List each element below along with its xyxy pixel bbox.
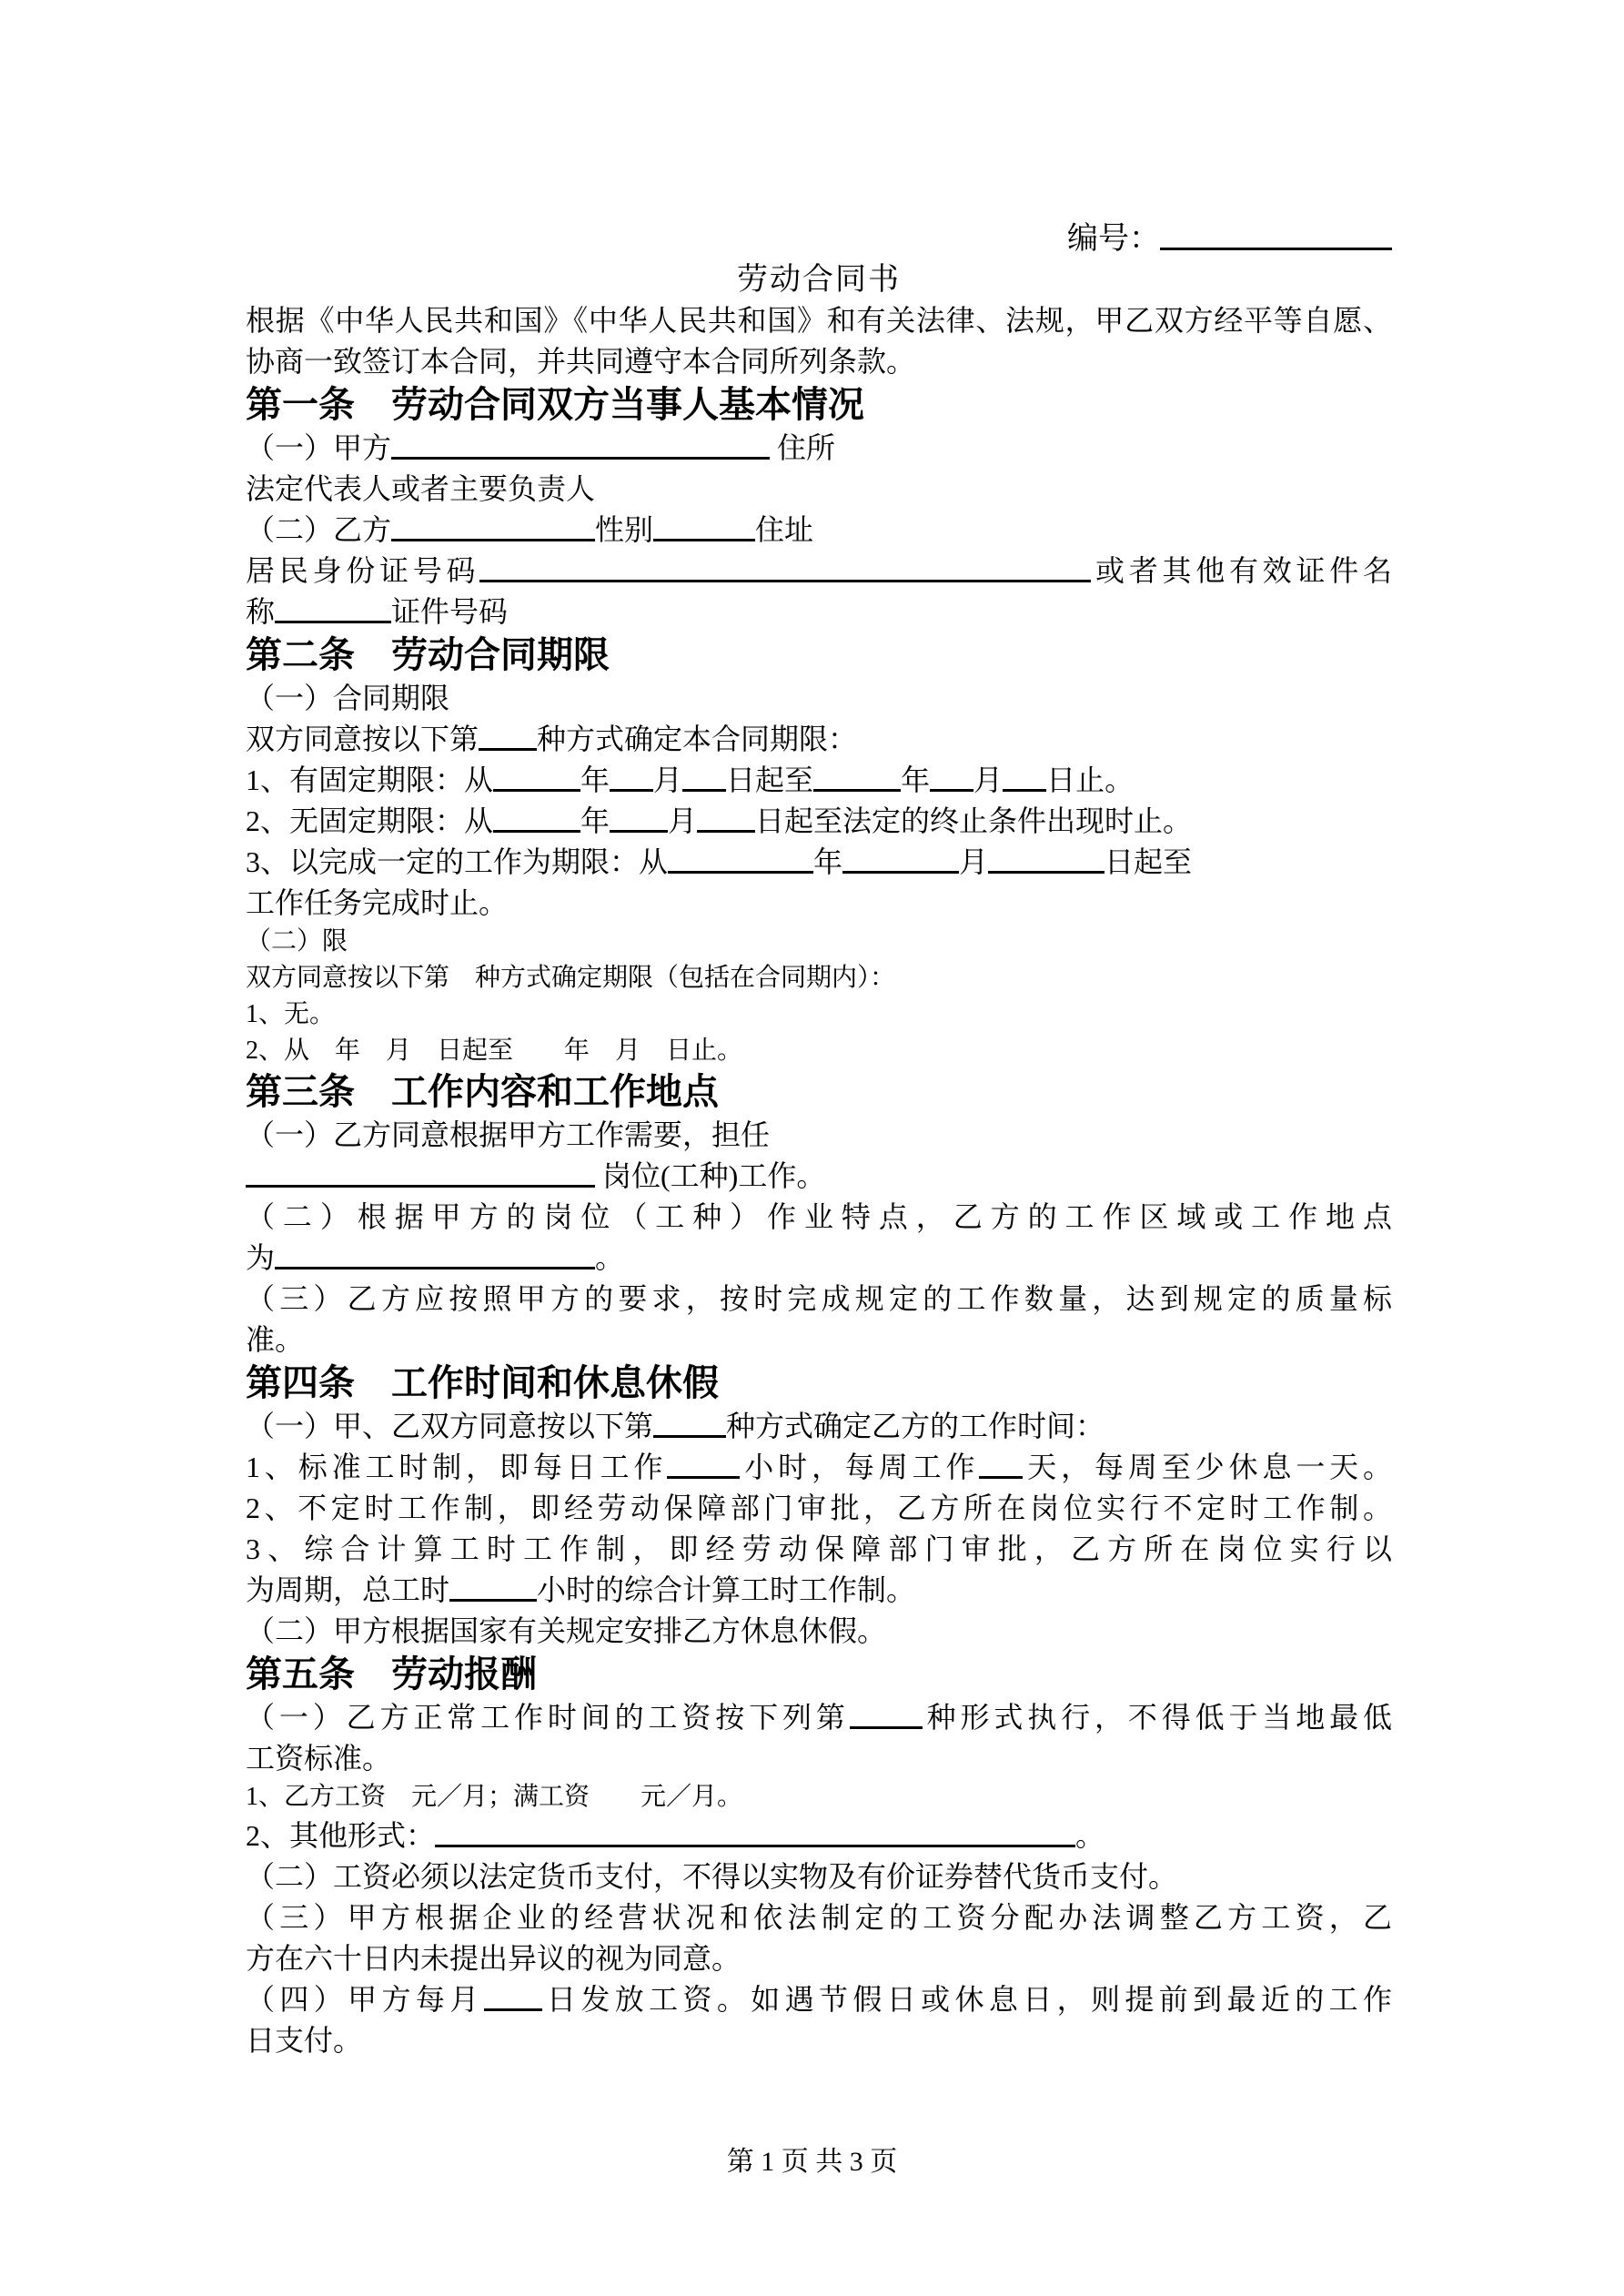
- fill-blank: [246, 1185, 595, 1188]
- contract-line: 2、从 年 月 日起至 年 月 日止。: [246, 1033, 1392, 1069]
- contract-line: 为周期，总工时小时的综合计算工时工作制。: [246, 1570, 1392, 1611]
- article-heading: 第二条 劳动合同期限: [246, 632, 1392, 678]
- fill-blank: [275, 621, 391, 623]
- fill-blank: [988, 871, 1105, 874]
- fill-blank: [979, 1476, 1023, 1479]
- contract-line: （一）甲方 住所: [246, 428, 1392, 469]
- fill-blank: [813, 789, 901, 792]
- fill-blank: [449, 1599, 537, 1602]
- contract-line: （三）甲方根据企业的经营状况和依法制定的工资分配办法调整乙方工资，乙: [246, 1897, 1392, 1938]
- contract-line: 2、其他形式：。: [246, 1816, 1392, 1856]
- article-heading: 第三条 工作内容和工作地点: [246, 1069, 1392, 1115]
- fill-blank: [493, 789, 580, 792]
- contract-page: 编号： 劳动合同书 根据《中华人民共和国》《中华人民共和国》和有关法律、法规，甲…: [0, 0, 1624, 2296]
- contract-line: 工资标准。: [246, 1738, 1392, 1779]
- contract-line: 双方同意按以下第 种方式确定期限（包括在合同期内）：: [246, 960, 1392, 996]
- contract-line: 协商一致签订本合同，并共同遵守本合同所列条款。: [246, 341, 1392, 382]
- fill-blank: [850, 1726, 923, 1729]
- contract-line: （一）乙方同意根据甲方工作需要，担任: [246, 1115, 1392, 1156]
- contract-line: 1、无。: [246, 996, 1392, 1033]
- contract-line: 为。: [246, 1238, 1392, 1279]
- contract-line: 3、以完成一定的工作为期限：从年月日起至: [246, 842, 1392, 883]
- contract-line: （二）甲方根据国家有关规定安排乙方休息休假。: [246, 1611, 1392, 1652]
- contract-line: 1、标准工时制，即每日工作小时，每周工作天，每周至少休息一天。: [246, 1447, 1392, 1488]
- fill-blank: [493, 830, 580, 833]
- contract-line: 岗位(工种)工作。: [246, 1156, 1392, 1197]
- contract-line: （三）乙方应按照甲方的要求，按时完成规定的工作数量，达到规定的质量标: [246, 1279, 1392, 1320]
- fill-blank: [682, 789, 726, 792]
- article-heading: 第四条 工作时间和休息休假: [246, 1360, 1392, 1406]
- fill-blank: [667, 1476, 740, 1479]
- fill-blank: [653, 1435, 726, 1438]
- contract-line: （二）工资必须以法定货币支付，不得以实物及有价证券替代货币支付。: [246, 1856, 1392, 1897]
- contract-line: （一）乙方正常工作时间的工资按下列第种形式执行，不得低于当地最低: [246, 1697, 1392, 1738]
- serial-number-line: 编号：: [246, 218, 1392, 259]
- page-footer: 第 1 页 共 3 页: [0, 2147, 1624, 2178]
- fill-blank: [435, 1845, 1075, 1847]
- contract-line: 2、无固定期限：从年月日起至法定的终止条件出现时止。: [246, 801, 1392, 842]
- contract-line: 法定代表人或者主要负责人: [246, 469, 1392, 510]
- contract-line: 日支付。: [246, 2020, 1392, 2061]
- document-title: 劳动合同书: [246, 259, 1392, 300]
- contract-line: 准。: [246, 1320, 1392, 1360]
- fill-blank: [668, 871, 813, 874]
- fill-blank: [479, 580, 1091, 582]
- contract-line: （一）甲、乙双方同意按以下第种方式确定乙方的工作时间：: [246, 1406, 1392, 1447]
- fill-blank: [1160, 248, 1392, 250]
- contract-line: 1、乙方工资 元／月；满工资 元／月。: [246, 1779, 1392, 1816]
- fill-blank: [842, 871, 959, 874]
- contract-line: 工作任务完成时止。: [246, 883, 1392, 924]
- fill-blank: [275, 1267, 595, 1269]
- article-heading: 第一条 劳动合同双方当事人基本情况: [246, 382, 1392, 428]
- contract-line: （二）限: [246, 924, 1392, 960]
- contract-line: 1、有固定期限：从年月日起至年月日止。: [246, 760, 1392, 801]
- fill-blank: [391, 457, 770, 460]
- contract-line: 3、综合计算工时工作制，即经劳动保障部门审批，乙方所在岗位实行以: [246, 1529, 1392, 1570]
- contract-line: （二）乙方性别住址: [246, 510, 1392, 551]
- article-heading: 第五条 劳动报酬: [246, 1652, 1392, 1697]
- contract-line: 居民身份证号码或者其他有效证件名: [246, 551, 1392, 592]
- fill-blank: [391, 539, 595, 541]
- contract-line: （四）甲方每月日发放工资。如遇节假日或休息日，则提前到最近的工作: [246, 1979, 1392, 2020]
- fill-blank: [479, 748, 537, 751]
- contract-line: （一）合同期限: [246, 678, 1392, 719]
- contract-line: 称证件号码: [246, 592, 1392, 632]
- fill-blank: [930, 789, 973, 792]
- contract-line: 方在六十日内未提出异议的视为同意。: [246, 1938, 1392, 1979]
- fill-blank: [610, 789, 653, 792]
- contract-line: 双方同意按以下第种方式确定本合同期限：: [246, 719, 1392, 760]
- fill-blank: [697, 830, 755, 833]
- fill-blank: [610, 830, 668, 833]
- fill-blank: [1003, 789, 1046, 792]
- fill-blank: [653, 539, 755, 541]
- contract-line: （二）根据甲方的岗位（工种）作业特点，乙方的工作区域或工作地点: [246, 1197, 1392, 1238]
- fill-blank: [484, 2008, 542, 2011]
- contract-line: 根据《中华人民共和国》《中华人民共和国》和有关法律、法规，甲乙双方经平等自愿、: [246, 300, 1392, 341]
- contract-line: 2、不定时工作制，即经劳动保障部门审批，乙方所在岗位实行不定时工作制。: [246, 1488, 1392, 1529]
